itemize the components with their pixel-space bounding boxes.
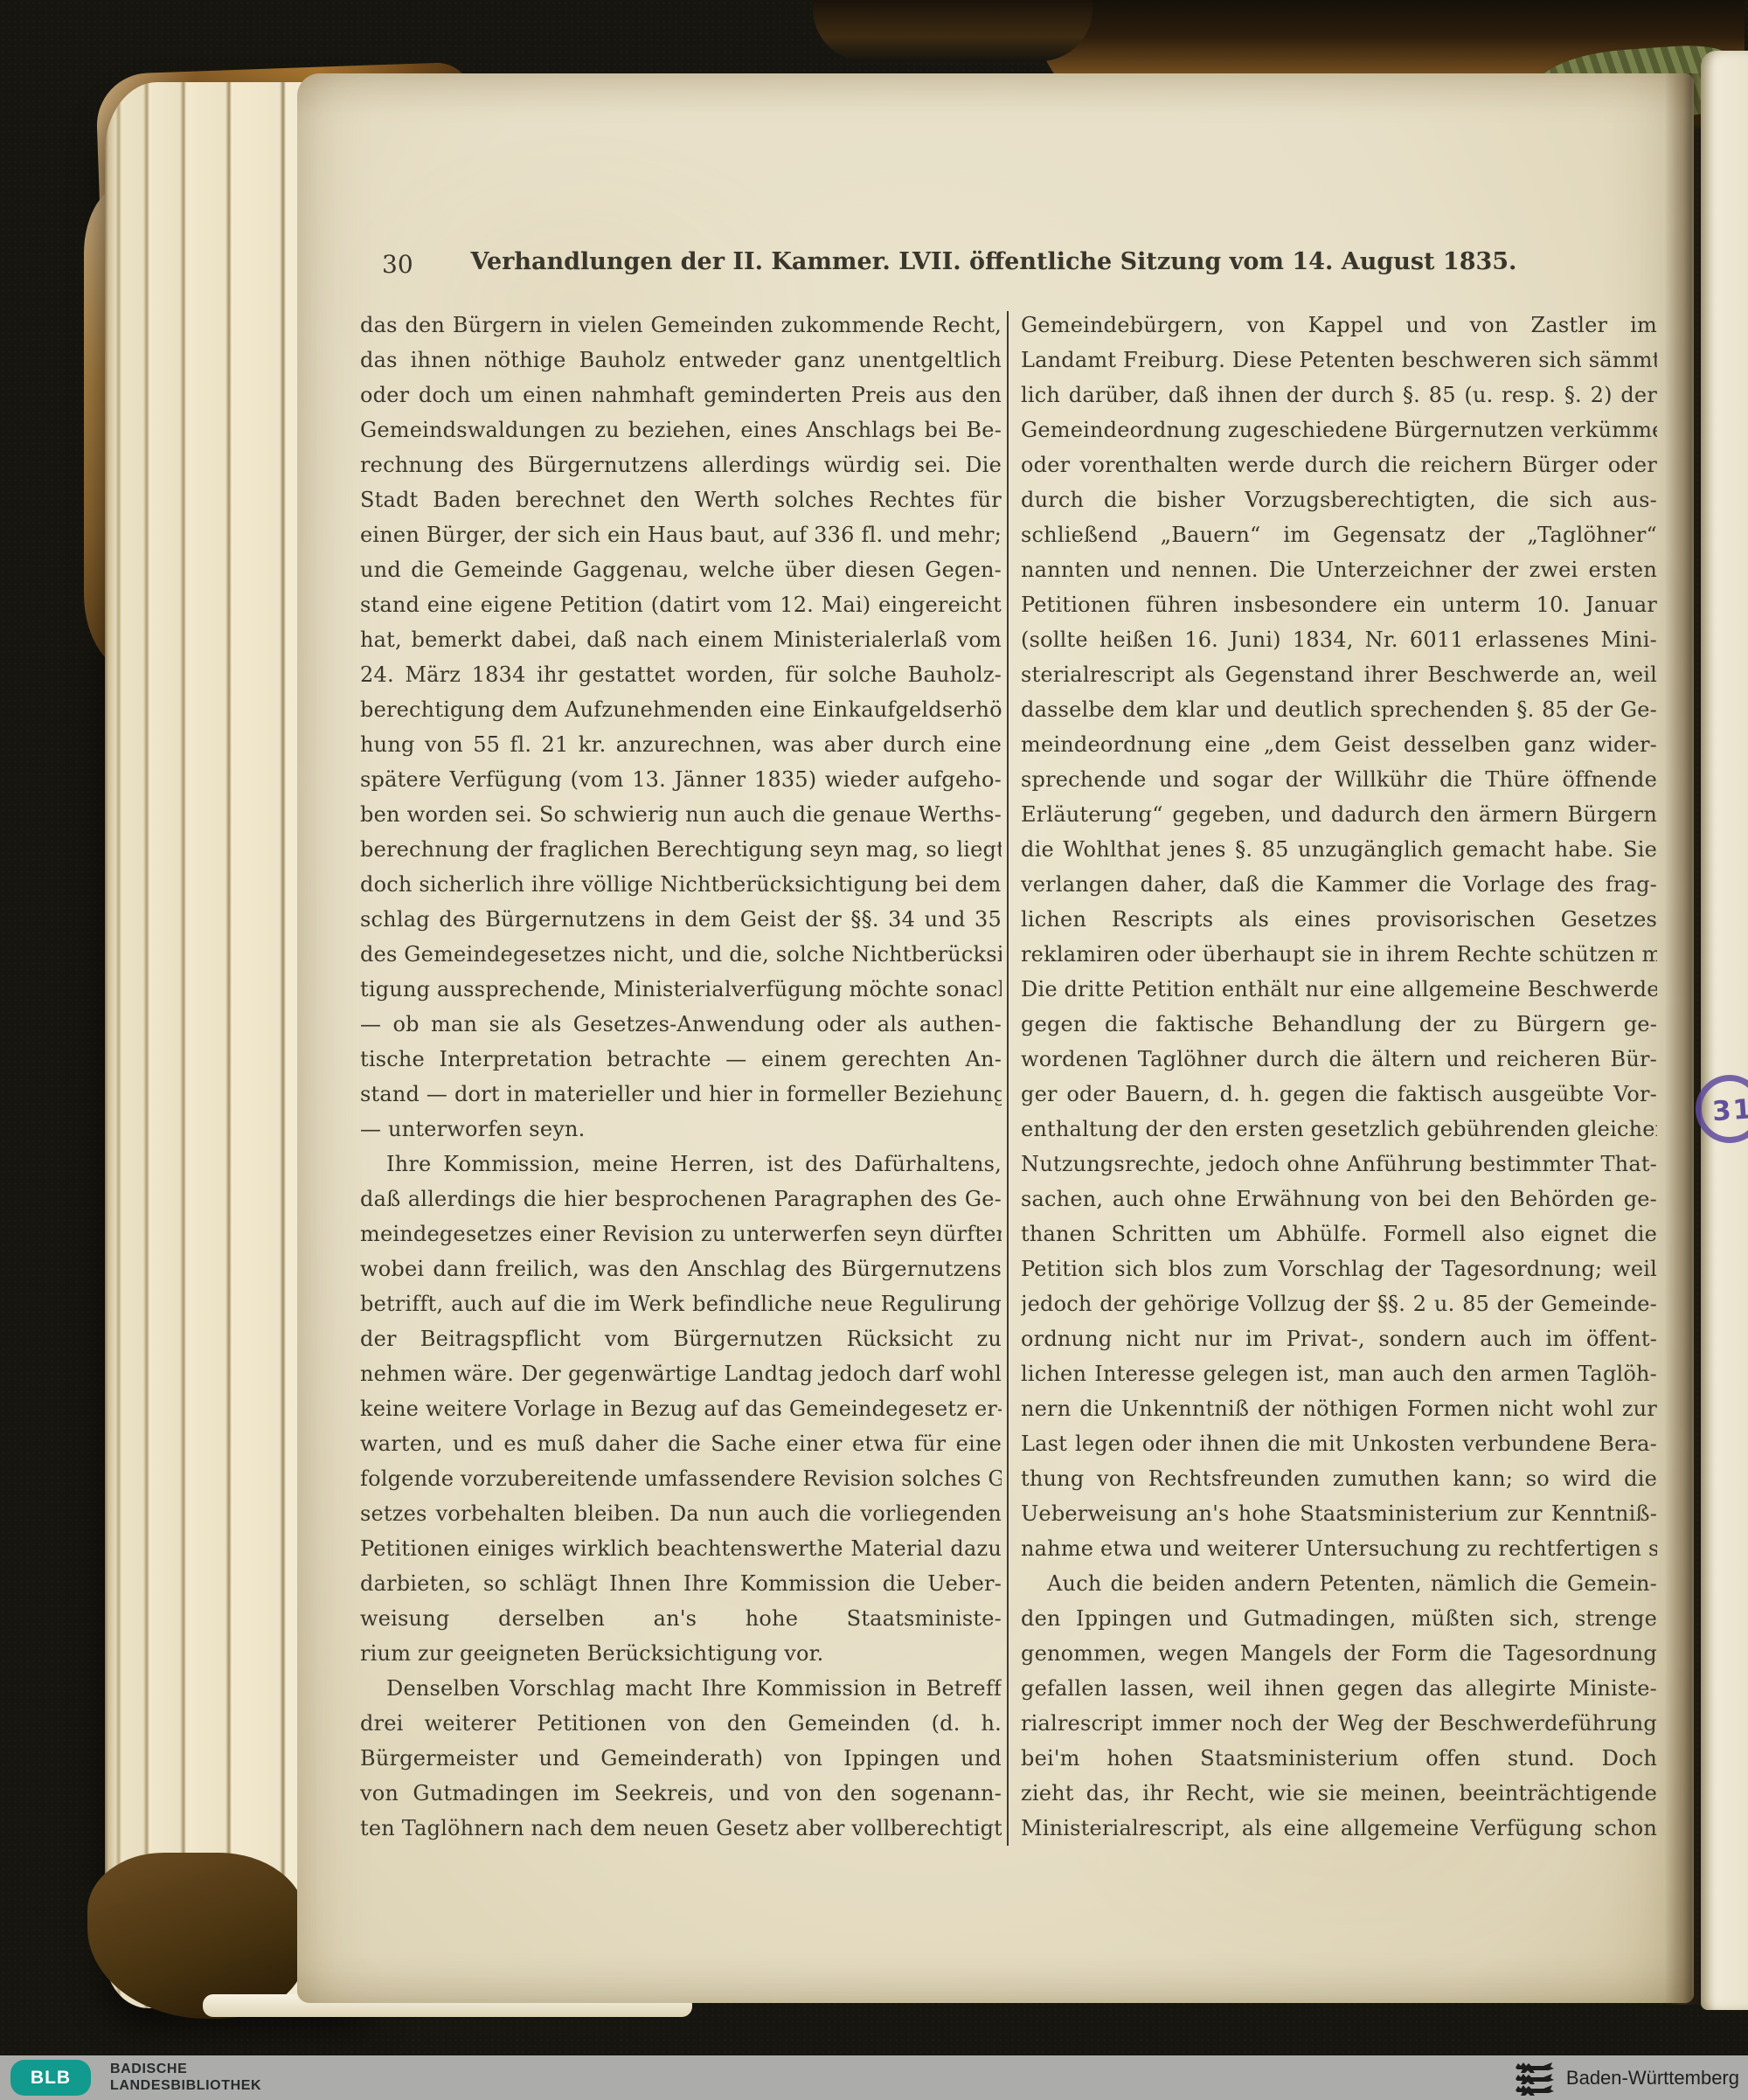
text-line: weisung derselben an's hohe Staatsminist… xyxy=(360,1601,1002,1636)
text-line: durch die bisher Vorzugsberechtigten, di… xyxy=(1021,482,1657,517)
text-line: 24. März 1834 ihr gestattet worden, für … xyxy=(360,657,1002,692)
baden-wuerttemberg-lions-icon xyxy=(1514,2060,1556,2097)
region-branding: Baden-Württemberg xyxy=(1514,2055,1739,2100)
library-name-line1: BADISCHE xyxy=(110,2061,261,2077)
text-line: setzes vorbehalten bleiben. Da nun auch … xyxy=(360,1496,1002,1531)
text-line: nannten und nennen. Die Unterzeichner de… xyxy=(1021,552,1657,587)
text-line: betrifft, auch auf die im Werk befindlic… xyxy=(360,1286,1002,1321)
text-line: Denselben Vorschlag macht Ihre Kommissio… xyxy=(360,1671,1002,1706)
text-line: die Wohlthat jenes §. 85 unzugänglich ge… xyxy=(1021,832,1657,867)
text-line: lichen Interesse gelegen ist, man auch d… xyxy=(1021,1356,1657,1391)
text-line: oder doch um einen nahmhaft geminderten … xyxy=(360,378,1002,412)
text-line: verlangen daher, daß die Kammer die Vorl… xyxy=(1021,867,1657,902)
book-gutter-shadow xyxy=(1665,73,1705,2005)
text-line: ordnung nicht nur im Privat-, sondern au… xyxy=(1021,1321,1657,1356)
text-line: von Gutmadingen im Seekreis, und von den… xyxy=(360,1776,1002,1811)
text-line: rialrescript immer noch der Weg der Besc… xyxy=(1021,1706,1657,1741)
text-line: Ministerialrescript, als eine allgemeine… xyxy=(1021,1811,1657,1846)
text-line: schließend „Bauern“ im Gegensatz der „Ta… xyxy=(1021,517,1657,552)
text-line: nahme etwa und weiterer Untersuchung zu … xyxy=(1021,1531,1657,1566)
text-line: Last legen oder ihnen die mit Unkosten v… xyxy=(1021,1426,1657,1461)
text-line: keine weitere Vorlage in Bezug auf das G… xyxy=(360,1391,1002,1426)
book-cover-top-edge xyxy=(813,0,1092,61)
facing-page-edge xyxy=(1701,51,1748,2010)
text-line: sterialrescript als Gegenstand ihrer Bes… xyxy=(1021,657,1657,692)
text-line: drei weiterer Petitionen von den Gemeind… xyxy=(360,1706,1002,1741)
text-line: berechnung der fraglichen Berechtigung s… xyxy=(360,832,1002,867)
text-line: lichen Rescripts als eines provisorische… xyxy=(1021,902,1657,937)
text-line: ten Taglöhnern nach dem neuen Gesetz abe… xyxy=(360,1811,1002,1846)
text-line: gegen die faktische Behandlung der zu Bü… xyxy=(1021,1007,1657,1042)
text-line: spätere Verfügung (vom 13. Jänner 1835) … xyxy=(360,762,1002,797)
text-line: sachen, auch ohne Erwähnung von bei den … xyxy=(1021,1182,1657,1216)
text-line: — ob man sie als Gesetzes-Anwendung oder… xyxy=(360,1007,1002,1042)
library-name-line2: LANDESBIBLIOTHEK xyxy=(110,2077,261,2094)
region-name: Baden-Württemberg xyxy=(1566,2067,1739,2090)
text-line: thung von Rechtsfreunden zumuthen kann; … xyxy=(1021,1461,1657,1496)
text-line: sprechende und sogar der Willkühr die Th… xyxy=(1021,762,1657,797)
text-column-left: das den Bürgern in vielen Gemeinden zuko… xyxy=(360,308,1002,1846)
library-name: BADISCHE LANDESBIBLIOTHEK xyxy=(110,2061,261,2094)
text-line: zieht das, ihr Recht, wie sie meinen, be… xyxy=(1021,1776,1657,1811)
text-line: stand — dort in materieller und hier in … xyxy=(360,1077,1002,1112)
text-line: Gemeindeordnung zugeschiedene Bürgernutz… xyxy=(1021,412,1657,447)
footer-bar: BLB BADISCHE LANDESBIBLIOTHEK Baden-Würt… xyxy=(0,2055,1748,2100)
text-line: warten, und es muß daher die Sache einer… xyxy=(360,1426,1002,1461)
text-line: schlag des Bürgernutzens in dem Geist de… xyxy=(360,902,1002,937)
text-line: Gemeindswaldungen zu beziehen, eines Ans… xyxy=(360,412,1002,447)
column-divider-rule xyxy=(1007,311,1009,1846)
text-line: darbieten, so schlägt Ihnen Ihre Kommiss… xyxy=(360,1566,1002,1601)
text-line: stand eine eigene Petition (datirt vom 1… xyxy=(360,587,1002,622)
text-line: lich darüber, daß ihnen der durch §. 85 … xyxy=(1021,378,1657,412)
text-line: berechtigung dem Aufzunehmenden eine Ein… xyxy=(360,692,1002,727)
text-line: Ueberweisung an's hohe Staatsministerium… xyxy=(1021,1496,1657,1531)
text-line: des Gemeindegesetzes nicht, und die, sol… xyxy=(360,937,1002,972)
text-line: den Ippingen und Gutmadingen, müßten sic… xyxy=(1021,1601,1657,1636)
scanned-book-viewer: 30 Verhandlungen der II. Kammer. LVII. ö… xyxy=(0,0,1748,2100)
text-line: Auch die beiden andern Petenten, nämlich… xyxy=(1021,1566,1657,1601)
text-line: einen Bürger, der sich ein Haus baut, au… xyxy=(360,517,1002,552)
text-line: oder vorenthalten werde durch die reiche… xyxy=(1021,447,1657,482)
text-line: das ihnen nöthige Bauholz entweder ganz … xyxy=(360,343,1002,378)
text-line: Landamt Freiburg. Diese Petenten beschwe… xyxy=(1021,343,1657,378)
text-line: meindegesetzes einer Revision zu unterwe… xyxy=(360,1216,1002,1251)
text-line: Petition sich blos zum Vorschlag der Tag… xyxy=(1021,1251,1657,1286)
text-line: thanen Schritten um Abhülfe. Formell als… xyxy=(1021,1216,1657,1251)
text-line: doch sicherlich ihre völlige Nichtberück… xyxy=(360,867,1002,902)
text-line: gefallen lassen, weil ihnen gegen das al… xyxy=(1021,1671,1657,1706)
text-line: Stadt Baden berechnet den Werth solches … xyxy=(360,482,1002,517)
text-line: Gemeindebürgern, von Kappel und von Zast… xyxy=(1021,308,1657,343)
text-line: bei'm hohen Staatsministerium offen stun… xyxy=(1021,1741,1657,1776)
text-line: hung von 55 fl. 21 kr. anzurechnen, was … xyxy=(360,727,1002,762)
text-line: nehmen wäre. Der gegenwärtige Landtag je… xyxy=(360,1356,1002,1391)
text-line: tigung aussprechende, Ministerialverfügu… xyxy=(360,972,1002,1007)
text-line: Petitionen einiges wirklich beachtenswer… xyxy=(360,1531,1002,1566)
text-line: hat, bemerkt dabei, daß nach einem Minis… xyxy=(360,622,1002,657)
text-column-right: Gemeindebürgern, von Kappel und von Zast… xyxy=(1021,308,1657,1846)
text-line: rium zur geeigneten Berücksichtigung vor… xyxy=(360,1636,1002,1671)
text-line: Erläuterung“ gegeben, und dadurch den är… xyxy=(1021,797,1657,832)
text-line: dasselbe dem klar und deutlich sprechend… xyxy=(1021,692,1657,727)
text-line: Nutzungsrechte, jedoch ohne Anführung be… xyxy=(1021,1147,1657,1182)
text-line: rechnung des Bürgernutzens allerdings wü… xyxy=(360,447,1002,482)
text-line: das den Bürgern in vielen Gemeinden zuko… xyxy=(360,308,1002,343)
text-line: folgende vorzubereitende umfassendere Re… xyxy=(360,1461,1002,1496)
running-header: Verhandlungen der II. Kammer. LVII. öffe… xyxy=(360,248,1627,275)
text-line: reklamiren oder überhaupt sie in ihrem R… xyxy=(1021,937,1657,972)
blb-logo: BLB xyxy=(10,2060,91,2096)
text-line: meindeordnung eine „dem Geist desselben … xyxy=(1021,727,1657,762)
text-line: Bürgermeister und Gemeinderath) von Ippi… xyxy=(360,1741,1002,1776)
text-line: tische Interpretation betrachte — einem … xyxy=(360,1042,1002,1077)
text-line: wobei dann freilich, was den Anschlag de… xyxy=(360,1251,1002,1286)
text-line: genommen, wegen Mangels der Form die Tag… xyxy=(1021,1636,1657,1671)
text-line: der Beitragspflicht vom Bürgernutzen Rüc… xyxy=(360,1321,1002,1356)
stamp-number: 31 xyxy=(1711,1093,1748,1127)
text-line: (sollte heißen 16. Juni) 1834, Nr. 6011 … xyxy=(1021,622,1657,657)
text-line: ger oder Bauern, d. h. gegen die faktisc… xyxy=(1021,1077,1657,1112)
text-line: enthaltung der den ersten gesetzlich geb… xyxy=(1021,1112,1657,1147)
text-line: wordenen Taglöhner durch die ältern und … xyxy=(1021,1042,1657,1077)
text-line: nern die Unkenntniß der nöthigen Formen … xyxy=(1021,1391,1657,1426)
text-line: daß allerdings die hier besprochenen Par… xyxy=(360,1182,1002,1216)
text-line: ben worden sei. So schwierig nun auch di… xyxy=(360,797,1002,832)
text-line: — unterworfen seyn. xyxy=(360,1112,1002,1147)
text-line: jedoch der gehörige Vollzug der §§. 2 u.… xyxy=(1021,1286,1657,1321)
text-line: Petitionen führen insbesondere ein unter… xyxy=(1021,587,1657,622)
text-line: Ihre Kommission, meine Herren, ist des D… xyxy=(360,1147,1002,1182)
text-line: Die dritte Petition enthält nur eine all… xyxy=(1021,972,1657,1007)
text-line: und die Gemeinde Gaggenau, welche über d… xyxy=(360,552,1002,587)
